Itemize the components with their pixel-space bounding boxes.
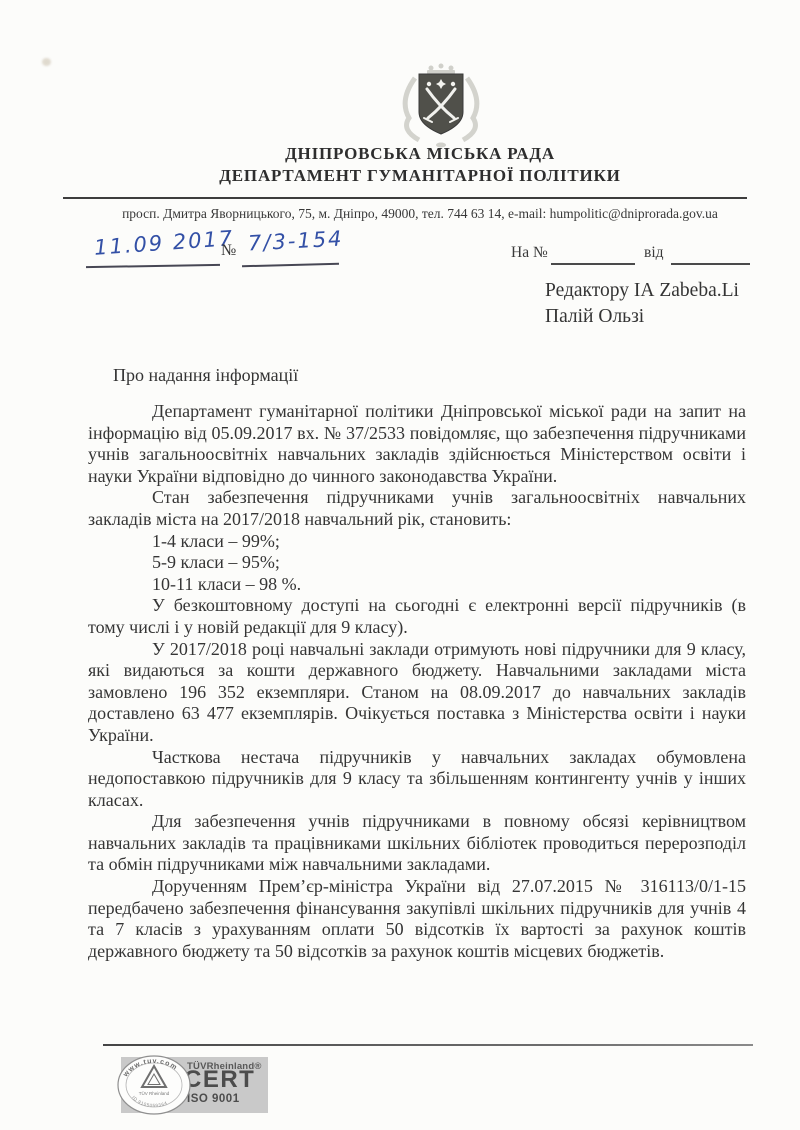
- number-underline: [242, 263, 339, 268]
- letterhead-org-name: ДНІПРОВСЬКА МІСЬКА РАДА ДЕПАРТАМЕНТ ГУМА…: [70, 143, 770, 187]
- seal-center-label: TÜV Rheinland: [139, 1090, 170, 1096]
- reply-number-blank-line: [551, 263, 635, 265]
- body-paragraph: Стан забезпечення підручниками учнів заг…: [88, 487, 746, 530]
- reply-to-number-label: На №: [511, 244, 548, 262]
- scanned-letter-page: ДНІПРОВСЬКА МІСЬКА РАДА ДЕПАРТАМЕНТ ГУМА…: [0, 0, 800, 1130]
- recipient-block: Редактору ІА Zabeba.Li Палій Ользі: [545, 278, 739, 330]
- reply-date-label: від: [644, 244, 664, 262]
- handwritten-outgoing-number: 7/3-154: [247, 227, 344, 256]
- body-list-item: 5-9 класи – 95%;: [88, 552, 746, 574]
- dnipro-coat-of-arms-icon: [393, 60, 489, 148]
- org-name-line2: ДЕПАРТАМЕНТ ГУМАНІТАРНОЇ ПОЛІТИКИ: [70, 165, 770, 187]
- tuv-round-seal-icon: www.tuv.com ID 9105059364 TÜV Rheinland: [115, 1053, 193, 1117]
- scan-artifact-speck: [42, 58, 51, 66]
- header-divider: [63, 197, 747, 199]
- subject-line: Про надання інформації: [113, 365, 298, 386]
- footer-divider: [103, 1044, 753, 1046]
- body-paragraph: Часткова нестача підручників у навчальни…: [88, 747, 746, 812]
- iso-9001-label: ISO 9001: [187, 1093, 240, 1105]
- date-underline: [86, 264, 220, 268]
- body-paragraph: Для забезпечення учнів підручниками в по…: [88, 811, 746, 876]
- body-paragraph: Департамент гуманітарної політики Дніпро…: [88, 401, 746, 487]
- letterhead-address: просп. Дмитра Яворницького, 75, м. Дніпр…: [40, 206, 800, 222]
- body-paragraph: Дорученням Прем’єр-міністра України від …: [88, 876, 746, 962]
- recipient-title: Редактору ІА Zabeba.Li: [545, 278, 739, 304]
- body-list-item: 1-4 класи – 99%;: [88, 531, 746, 553]
- body-list-item: 10-11 класи – 98 %.: [88, 574, 746, 596]
- handwritten-date: 11.09 2017: [93, 226, 235, 260]
- recipient-name: Палій Ользі: [545, 304, 739, 330]
- org-name-line1: ДНІПРОВСЬКА МІСЬКА РАДА: [70, 143, 770, 165]
- letter-body: Департамент гуманітарної політики Дніпро…: [88, 401, 746, 962]
- cert-label: CERT: [184, 1066, 255, 1094]
- reply-date-blank-line: [671, 263, 750, 265]
- number-sign: №: [221, 242, 236, 260]
- body-paragraph: У безкоштовному доступі на сьогодні є ел…: [88, 595, 746, 638]
- body-paragraph: У 2017/2018 році навчальні заклади отрим…: [88, 639, 746, 747]
